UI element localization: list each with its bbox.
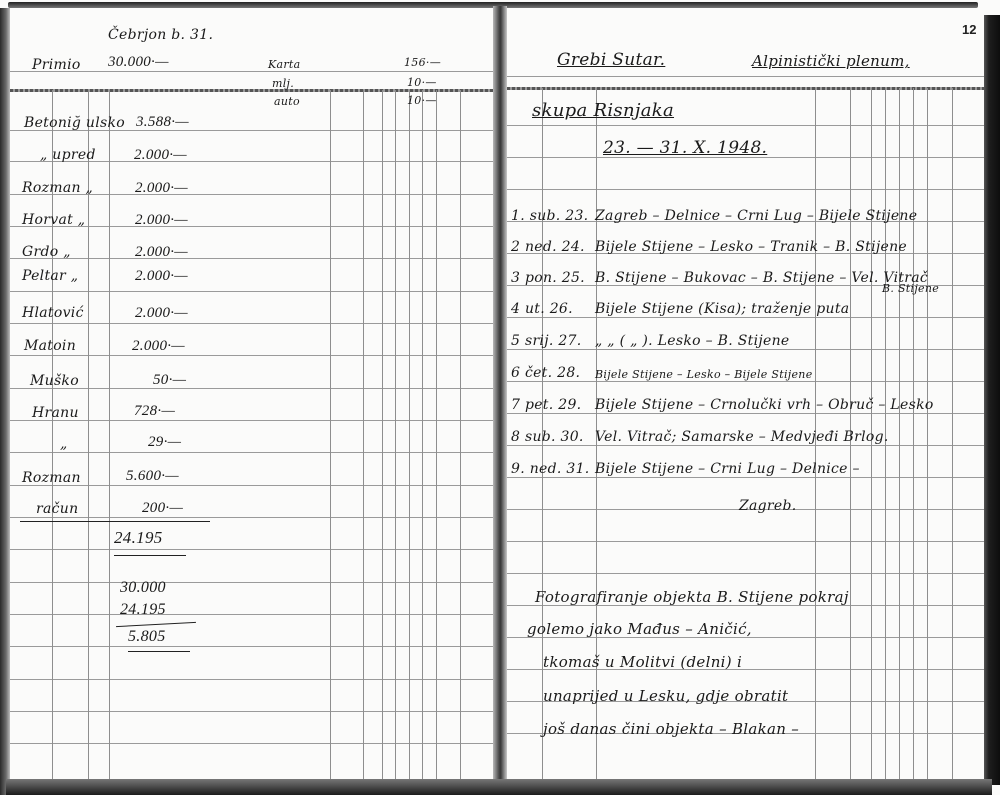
primio-amount: 30.000·— <box>108 54 169 71</box>
book-gutter <box>493 6 507 781</box>
side-item-amount: 10·— <box>407 94 437 107</box>
ledger-row-amount: 728·— <box>134 403 175 420</box>
subtitle: skupa Risnjaka <box>532 100 674 121</box>
page-number: 12 <box>962 22 976 37</box>
rule-line <box>10 614 493 615</box>
itinerary-day: 9. ned. 31. <box>511 461 590 477</box>
itinerary-route: Zagreb – Delnice – Crni Lug – Bijele Sti… <box>595 208 917 224</box>
title-part-2: Alpinistički plenum, <box>752 52 910 70</box>
rule-line <box>10 452 493 453</box>
note-line: još danas čini objekta – Blakan – <box>543 720 799 738</box>
rule-line <box>10 743 493 744</box>
column-rule <box>109 90 110 781</box>
ledger-row-name: Betoniğ ulsko <box>24 115 125 131</box>
ledger-row-amount: 2.000·— <box>135 212 188 229</box>
column-rule <box>330 90 331 781</box>
ledger-row-name: Hlatović <box>22 305 84 321</box>
ledger-row-amount: 2.000·— <box>135 268 188 285</box>
book-right-edge <box>984 15 1000 785</box>
note-line: Fotografiranje objekta B. Stijene pokraj <box>535 588 849 606</box>
column-rule <box>436 90 437 781</box>
rule-line <box>507 76 984 77</box>
column-rule <box>913 88 914 781</box>
itinerary-day: 2 ned. 24. <box>511 239 585 255</box>
note-line: unaprijed u Lesku, gdje obratit <box>543 687 788 705</box>
ledger-total: 24.195 <box>114 528 163 548</box>
ledger-row-name: Hranu <box>32 405 79 421</box>
date-range: 23. — 31. X. 1948. <box>603 138 767 158</box>
itinerary-route: Bijele Stijene – Crni Lug – Delnice – <box>595 461 860 477</box>
ledger-row-amount: 3.588·— <box>136 114 189 131</box>
rule-line <box>10 323 493 324</box>
right-page: 12 Grebi Sutar. Alpinist <box>507 8 984 781</box>
rule-line <box>10 355 493 356</box>
itinerary-day: 6 čet. 28. <box>511 365 580 381</box>
calc-remainder: 5.805 <box>128 628 166 646</box>
itinerary-route: Vel. Vitrač; Samarske – Medvjeđi Brlog. <box>595 429 889 445</box>
ledger-row-amount: 2.000·— <box>132 338 185 355</box>
total-underline <box>114 555 186 556</box>
column-rule <box>363 90 364 781</box>
side-item-label: auto <box>274 95 300 108</box>
note-line: golemo jako Mađus – Aničić, <box>527 620 752 638</box>
header-double-rule <box>10 89 493 92</box>
rule-line <box>10 258 493 259</box>
ledger-row-name: Muško <box>30 373 79 389</box>
primio-label: Primio <box>32 57 81 73</box>
ledger-row-name: Peltar „ <box>22 268 78 284</box>
ledger-row-amount: 200·— <box>142 500 183 517</box>
rule-line <box>10 71 493 72</box>
rule-line <box>10 485 493 486</box>
itinerary-day: 7 pet. 29. <box>511 397 581 413</box>
ledger-row-amount: 2.000·— <box>135 180 188 197</box>
ledger-row-name: Grdo „ <box>22 244 71 260</box>
ledger-row-name: Matoin <box>24 338 76 354</box>
rule-line <box>10 679 493 680</box>
calc-rule <box>116 622 196 627</box>
ledger-row-amount: 50·— <box>153 372 186 389</box>
side-item-label: mlj. <box>272 77 294 90</box>
ledger-row-amount: 2.000·— <box>134 147 187 164</box>
rule-line <box>10 582 493 583</box>
column-rule <box>395 90 396 781</box>
ledger-row-amount: 5.600·— <box>126 468 179 485</box>
column-rule <box>382 90 383 781</box>
column-rule <box>409 90 410 781</box>
itinerary-route: Bijele Stijene – Lesko – Tranik – B. Sti… <box>595 239 907 255</box>
ledger-row-name: Rozman <box>22 470 81 486</box>
remainder-underline <box>128 651 190 652</box>
itinerary-day: 8 sub. 30. <box>511 429 584 445</box>
itinerary-route: Bijele Stijene – Crnolučki vrh – Obruč –… <box>595 397 934 413</box>
ledger-row-amount: 2.000·— <box>135 244 188 261</box>
book-bottom-edge <box>6 779 992 795</box>
itinerary-day: 3 pon. 25. <box>511 270 585 286</box>
column-rule <box>899 88 900 781</box>
itinerary-route: B. Stijene – Bukovac – B. Stijene – Vel.… <box>595 270 928 286</box>
rule-line <box>10 549 493 550</box>
itinerary-day: 4 ut. 26. <box>511 301 573 317</box>
rule-line <box>10 420 493 421</box>
column-rule <box>927 88 928 781</box>
column-rule <box>952 88 953 781</box>
itinerary-route: Bijele Stijene – Lesko – Bijele Stijene <box>595 368 813 381</box>
side-item-amount: 156·— <box>404 56 441 69</box>
side-item-amount: 10·— <box>407 76 437 89</box>
rule-line <box>10 388 493 389</box>
rule-line <box>10 517 493 518</box>
ledger-row-name: Horvat „ <box>22 212 85 228</box>
ledger-row-amount: 29·— <box>148 434 181 451</box>
rule-line <box>10 711 493 712</box>
left-page: Čebrjon b. 31. Primio 30.000·— Karta 156… <box>10 8 493 781</box>
ledger-row-name: Rozman „ <box>22 180 93 196</box>
itinerary-route: Zagreb. <box>739 498 797 514</box>
calc-received: 30.000 <box>120 579 166 597</box>
ledger-row-name: „ upred <box>40 147 96 163</box>
ledger-date: Čebrjon b. 31. <box>108 27 213 43</box>
itinerary-route: Bijele Stijene (Kisa); traženje puta <box>595 301 849 317</box>
column-rule <box>422 90 423 781</box>
ledger-row-name: „ <box>60 436 68 452</box>
rule-line <box>10 646 493 647</box>
rule-line <box>10 291 493 292</box>
column-rule <box>460 90 461 781</box>
side-item-label: Karta <box>268 58 301 71</box>
notebook-scan: Čebrjon b. 31. Primio 30.000·— Karta 156… <box>0 0 1000 795</box>
title-part-1: Grebi Sutar. <box>557 50 665 70</box>
itinerary-day: 5 srij. 27. <box>511 333 582 349</box>
itinerary-day: 1. sub. 23. <box>511 208 588 224</box>
book-left-edge <box>0 8 10 795</box>
itinerary-route: „ „ ( „ ). Lesko – B. Stijene <box>595 333 789 349</box>
sum-rule <box>20 521 210 522</box>
calc-spent: 24.195 <box>120 601 166 619</box>
note-line: tkomaš u Molitvi (delni) i <box>543 653 742 671</box>
ledger-row-name: račun <box>36 501 78 517</box>
ledger-row-amount: 2.000·— <box>135 305 188 322</box>
